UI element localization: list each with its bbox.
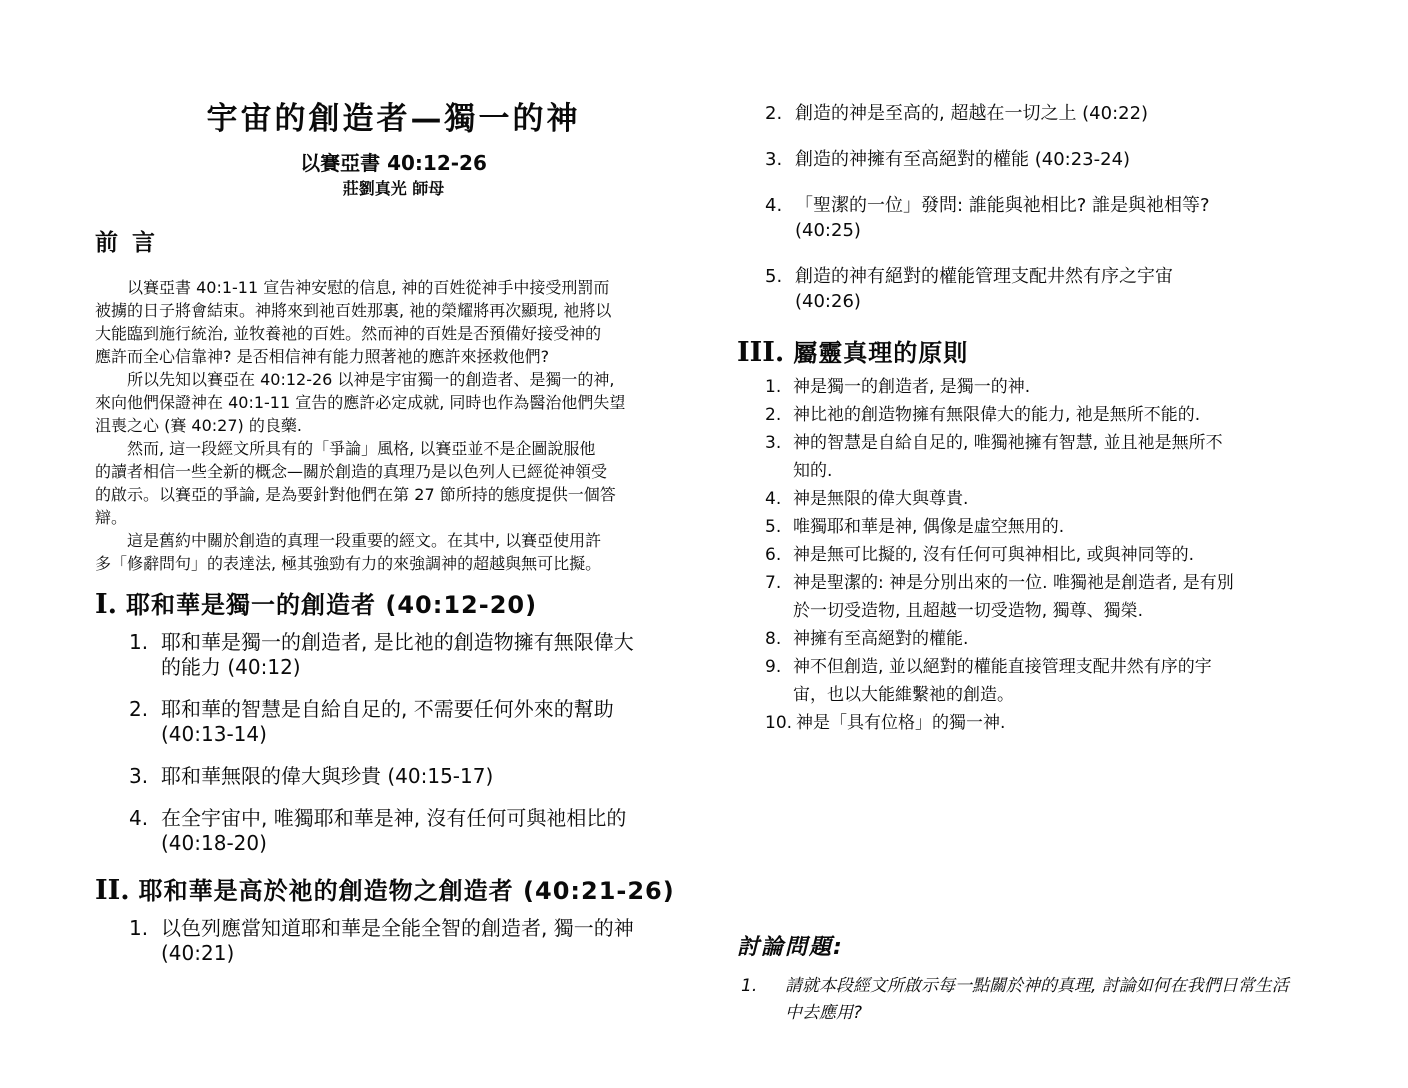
item-text: 神是無可比擬的, 沒有任何可與神相比, 或與神同等的. xyxy=(793,541,1385,569)
item-number: 2. xyxy=(129,697,161,747)
discussion-item: 1. 請就本段經文所啟示每一點關於神的真理, 討論如何在我們日常生活 中去應用? xyxy=(741,973,1385,1027)
intro-paragraph: 然而, 這一段經文所具有的「爭論」風格, 以賽亞並不是企圖說服他 的讀者相信一些… xyxy=(95,437,692,529)
section2-numeral: II. xyxy=(95,875,130,906)
item-text: 神的智慧是自給自足的, 唯獨祂擁有智慧, 並且祂是無所不 知的. xyxy=(793,429,1385,485)
section3-numeral: III. xyxy=(737,337,784,368)
scripture-reference: 以賽亞書 40:12-26 xyxy=(95,149,692,177)
item-text: 神不但創造, 並以絕對的權能直接管理支配井然有序的宇 宙，也以大能維繫祂的創造。 xyxy=(793,653,1385,709)
discussion-section: 討論問題: 1. 請就本段經文所啟示每一點關於神的真理, 討論如何在我們日常生活… xyxy=(737,933,1385,1027)
item-text: 創造的神擁有至高絕對的權能 (40:23-24) xyxy=(795,147,1385,172)
item-number: 3. xyxy=(129,764,161,789)
section2-list-right: 2. 創造的神是至高的, 超越在一切之上 (40:22) 3. 創造的神擁有至高… xyxy=(765,101,1385,314)
intro-paragraph: 這是舊約中關於創造的真理一段重要的經文。在其中, 以賽亞使用許 多「修辭問句」的… xyxy=(95,529,692,575)
section3-list: 1. 神是獨一的創造者, 是獨一的神. 2. 神比祂的創造物擁有無限偉大的能力,… xyxy=(765,373,1385,737)
list-item: 6. 神是無可比擬的, 沒有任何可與神相比, 或與神同等的. xyxy=(765,541,1385,569)
item-text: 以色列應當知道耶和華是全能全智的創造者, 獨一的神 (40:21) xyxy=(161,916,692,966)
author-line: 莊劉真光 師母 xyxy=(95,177,692,201)
item-text: 創造的神有絕對的權能管理支配井然有序之宇宙 (40:26) xyxy=(795,264,1385,314)
intro-paragraph: 以賽亞書 40:1-11 宣告神安慰的信息, 神的百姓從神手中接受刑罰而 被擄的… xyxy=(95,276,692,368)
item-text: 耶和華是獨一的創造者, 是比祂的創造物擁有無限偉大 的能力 (40:12) xyxy=(161,630,692,680)
section1-heading: I. 耶和華是獨一的創造者 (40:12-20) xyxy=(95,587,692,623)
item-text: 耶和華的智慧是自給自足的, 不需要任何外來的幫助 (40:13-14) xyxy=(161,697,692,747)
item-number: 4. xyxy=(129,806,161,856)
item-text: 神是獨一的創造者, 是獨一的神. xyxy=(793,373,1385,401)
list-item: 9. 神不但創造, 並以絕對的權能直接管理支配井然有序的宇 宙，也以大能維繫祂的… xyxy=(765,653,1385,709)
item-number: 10. xyxy=(765,709,796,737)
item-number: 6. xyxy=(765,541,793,569)
section1-title: 耶和華是獨一的創造者 (40:12-20) xyxy=(126,587,537,623)
section1-numeral: I. xyxy=(95,589,117,620)
list-item: 4. 神是無限的偉大與尊貴. xyxy=(765,485,1385,513)
list-item: 2. 耶和華的智慧是自給自足的, 不需要任何外來的幫助 (40:13-14) xyxy=(129,697,692,747)
item-text: 神比祂的創造物擁有無限偉大的能力, 祂是無所不能的. xyxy=(793,401,1385,429)
list-item: 3. 創造的神擁有至高絕對的權能 (40:23-24) xyxy=(765,147,1385,172)
document-page: 宇宙的創造者—獨一的神 以賽亞書 40:12-26 莊劉真光 師母 前 言 以賽… xyxy=(0,0,1408,1088)
list-item: 1. 神是獨一的創造者, 是獨一的神. xyxy=(765,373,1385,401)
list-item: 1. 以色列應當知道耶和華是全能全智的創造者, 獨一的神 (40:21) xyxy=(129,916,692,966)
list-item: 5. 創造的神有絕對的權能管理支配井然有序之宇宙 (40:26) xyxy=(765,264,1385,314)
item-text: 請就本段經文所啟示每一點關於神的真理, 討論如何在我們日常生活 中去應用? xyxy=(785,973,1385,1027)
item-number: 5. xyxy=(765,264,795,314)
item-text: 神是「具有位格」的獨一神. xyxy=(796,709,1385,737)
item-number: 3. xyxy=(765,147,795,172)
section3-heading: III. 屬靈真理的原則 xyxy=(737,335,1385,371)
list-item: 4. 在全宇宙中, 唯獨耶和華是神, 沒有任何可與祂相比的 (40:18-20) xyxy=(129,806,692,856)
list-item: 3. 神的智慧是自給自足的, 唯獨祂擁有智慧, 並且祂是無所不 知的. xyxy=(765,429,1385,485)
list-item: 3. 耶和華無限的偉大與珍貴 (40:15-17) xyxy=(129,764,692,789)
item-number: 7. xyxy=(765,569,793,625)
item-number: 2. xyxy=(765,101,795,126)
document-title: 宇宙的創造者—獨一的神 xyxy=(95,95,692,143)
intro-paragraphs: 以賽亞書 40:1-11 宣告神安慰的信息, 神的百姓從神手中接受刑罰而 被擄的… xyxy=(95,276,692,575)
item-text: 在全宇宙中, 唯獨耶和華是神, 沒有任何可與祂相比的 (40:18-20) xyxy=(161,806,692,856)
item-number: 1. xyxy=(765,373,793,401)
item-text: 「聖潔的一位」發問: 誰能與祂相比? 誰是與祂相等? (40:25) xyxy=(795,193,1385,243)
list-item: 4. 「聖潔的一位」發問: 誰能與祂相比? 誰是與祂相等? (40:25) xyxy=(765,193,1385,243)
section3-title: 屬靈真理的原則 xyxy=(793,335,968,371)
item-number: 2. xyxy=(765,401,793,429)
item-number: 8. xyxy=(765,625,793,653)
list-item: 10. 神是「具有位格」的獨一神. xyxy=(765,709,1385,737)
item-number: 1. xyxy=(129,630,161,680)
item-number: 4. xyxy=(765,485,793,513)
intro-paragraph: 所以先知以賽亞在 40:12-26 以神是宇宙獨一的創造者、是獨一的神, 來向他… xyxy=(95,368,692,437)
list-item: 1. 耶和華是獨一的創造者, 是比祂的創造物擁有無限偉大 的能力 (40:12) xyxy=(129,630,692,680)
section1-list: 1. 耶和華是獨一的創造者, 是比祂的創造物擁有無限偉大 的能力 (40:12)… xyxy=(129,630,692,856)
left-column: 宇宙的創造者—獨一的神 以賽亞書 40:12-26 莊劉真光 師母 前 言 以賽… xyxy=(95,95,692,983)
item-number: 1. xyxy=(129,916,161,966)
item-text: 神是無限的偉大與尊貴. xyxy=(793,485,1385,513)
section2-heading: II. 耶和華是高於祂的創造物之創造者 (40:21-26) xyxy=(95,873,692,909)
discussion-heading: 討論問題: xyxy=(737,933,1385,963)
item-number: 3. xyxy=(765,429,793,485)
item-text: 唯獨耶和華是神, 偶像是虛空無用的. xyxy=(793,513,1385,541)
item-number: 4. xyxy=(765,193,795,243)
item-text: 創造的神是至高的, 超越在一切之上 (40:22) xyxy=(795,101,1385,126)
item-text: 神是聖潔的: 神是分別出來的一位. 唯獨祂是創造者, 是有別 於一切受造物, 且… xyxy=(793,569,1385,625)
item-number: 5. xyxy=(765,513,793,541)
item-text: 神擁有至高絕對的權能. xyxy=(793,625,1385,653)
list-item: 5. 唯獨耶和華是神, 偶像是虛空無用的. xyxy=(765,513,1385,541)
item-text: 耶和華無限的偉大與珍貴 (40:15-17) xyxy=(161,764,692,789)
item-number: 1. xyxy=(741,973,785,1027)
list-item: 8. 神擁有至高絕對的權能. xyxy=(765,625,1385,653)
list-item: 2. 神比祂的創造物擁有無限偉大的能力, 祂是無所不能的. xyxy=(765,401,1385,429)
intro-heading: 前 言 xyxy=(95,227,692,259)
section2-list-left: 1. 以色列應當知道耶和華是全能全智的創造者, 獨一的神 (40:21) xyxy=(129,916,692,966)
list-item: 2. 創造的神是至高的, 超越在一切之上 (40:22) xyxy=(765,101,1385,126)
section2-title: 耶和華是高於祂的創造物之創造者 (40:21-26) xyxy=(139,873,675,909)
right-column: 2. 創造的神是至高的, 超越在一切之上 (40:22) 3. 創造的神擁有至高… xyxy=(737,95,1385,1088)
item-number: 9. xyxy=(765,653,793,709)
list-item: 7. 神是聖潔的: 神是分別出來的一位. 唯獨祂是創造者, 是有別 於一切受造物… xyxy=(765,569,1385,625)
